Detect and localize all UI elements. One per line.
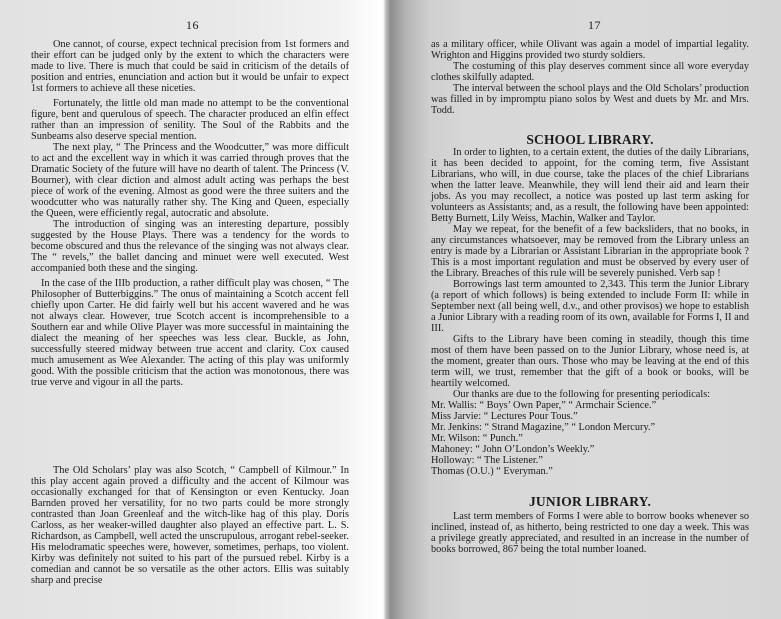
paragraph: The Old Scholars’ play was also Scotch, … [31, 465, 349, 586]
donor-item: Mr. Wilson: “ Punch.” [431, 433, 749, 444]
paragraph: Gifts to the Library have been coming in… [431, 334, 749, 389]
plays-review-text: One cannot, of course, expect technical … [31, 39, 349, 388]
donor-item: Mahoney: “ John O’London’s Weekly.” [431, 444, 749, 455]
page-number: 17 [588, 18, 601, 33]
junior-library-section: JUNIOR LIBRARY. Last term members of For… [431, 494, 749, 555]
section-heading: JUNIOR LIBRARY. [431, 494, 749, 509]
school-library-section: SCHOOL LIBRARY. In order to lighten, to … [431, 132, 749, 477]
donor-item: Mr. Jenkins: “ Strand Magazine,” “ Londo… [431, 422, 749, 433]
paragraph: Our thanks are due to the following for … [431, 389, 749, 400]
donor-item: Holloway: “ The Listener.” [431, 455, 749, 466]
paragraph: Borrowings last term amounted to 2,343. … [431, 279, 749, 334]
paragraph: In order to lighten, to a certain extent… [431, 147, 749, 224]
paragraph: The costuming of this play deserves comm… [431, 61, 749, 83]
donor-item: Mr. Wallis: “ Boys’ Own Paper,” “ Armcha… [431, 400, 749, 411]
donor-item: Thomas (O.U.) “ Everyman.” [431, 466, 749, 477]
periodicals-donor-list: Mr. Wallis: “ Boys’ Own Paper,” “ Armcha… [431, 400, 749, 477]
paragraph: Fortunately, the little old man made no … [31, 98, 349, 142]
page-number: 16 [186, 18, 199, 33]
right-page: 17 as a military officer, while Olivant … [390, 0, 781, 619]
section-heading: SCHOOL LIBRARY. [431, 132, 749, 147]
old-scholars-review-text: The Old Scholars’ play was also Scotch, … [31, 465, 349, 586]
paragraph: May we repeat, for the benefit of a few … [431, 224, 749, 279]
paragraph: The next play, “ The Princess and the Wo… [31, 142, 349, 219]
left-page: 16 One cannot, of course, expect technic… [0, 0, 384, 619]
paragraph: In the case of the IIIb production, a ra… [31, 278, 349, 388]
right-page-text: as a military officer, while Olivant was… [431, 39, 749, 555]
donor-item: Miss Jarvie: “ Lectures Pour Tous.” [431, 411, 749, 422]
paragraph: Last term members of Forms I were able t… [431, 511, 749, 555]
continuation-paragraph: as a military officer, while Olivant was… [431, 39, 749, 61]
paragraph: One cannot, of course, expect technical … [31, 39, 349, 94]
paragraph: The interval between the school plays an… [431, 83, 749, 116]
paragraph: The introduction of singing was an inter… [31, 219, 349, 274]
